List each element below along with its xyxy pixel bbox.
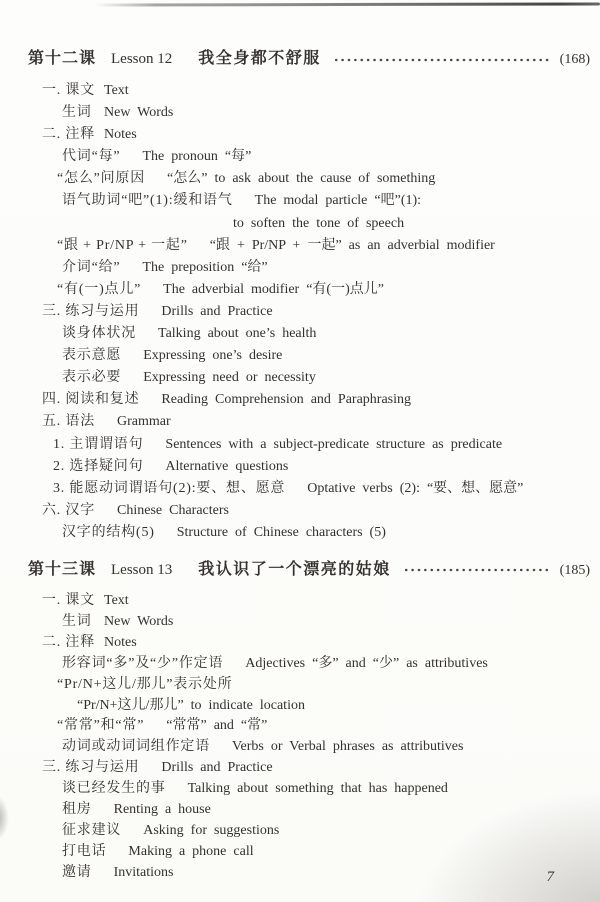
toc-line-english: Optative verbs (2): “要、想、愿意” xyxy=(307,481,523,496)
toc-line-chinese: 动词或动词词组作定语 xyxy=(62,739,210,754)
toc-line-english: to soften the tone of speech xyxy=(233,216,404,231)
lesson-heading: 第十二课 Lesson 12 我全身都不舒服 (168) xyxy=(0,46,600,73)
toc-line: 生词New Words xyxy=(0,612,600,633)
toc-line-english: The preposition “给” xyxy=(142,260,267,275)
toc-page: 第十二课 Lesson 12 我全身都不舒服 (168) 一. 课文Text生词… xyxy=(0,0,600,902)
toc-line-english: The modal particle “吧”(1): xyxy=(255,193,421,208)
toc-line-english: Alternative questions xyxy=(165,459,288,474)
toc-line-english: Drills and Practice xyxy=(161,304,272,319)
toc-line-chinese: 征求建议 xyxy=(62,823,121,838)
toc-line-chinese: 邀请 xyxy=(62,865,92,880)
toc-line-english: Text xyxy=(104,593,129,608)
toc-line-chinese: 汉字的结构(5) xyxy=(62,525,155,540)
toc-line: “常常”和“常”“常常” and “常” xyxy=(0,716,600,737)
toc-line: 代词“每”The pronoun “每” xyxy=(0,146,600,168)
toc-line: 四. 阅读和复述Reading Comprehension and Paraph… xyxy=(0,389,600,411)
toc-line: 3. 能愿动词谓语句(2):要、想、愿意Optative verbs (2): … xyxy=(0,478,600,500)
lesson-number-en: Lesson 13 xyxy=(111,557,172,583)
toc-line-chinese: 一. 课文 xyxy=(42,80,104,102)
toc-line-english: Sentences with a subject-predicate struc… xyxy=(165,437,502,452)
toc-line-chinese: 代词“每” xyxy=(62,149,120,164)
toc-line-chinese: 生词 xyxy=(62,102,104,124)
toc-line-english: Making a phone call xyxy=(128,844,253,859)
lesson-number-en: Lesson 12 xyxy=(111,46,172,72)
toc-line: 1. 主谓谓语句Sentences with a subject-predica… xyxy=(0,434,600,456)
toc-line: 三. 练习与运用Drills and Practice xyxy=(0,301,600,323)
lesson-title-zh: 我认识了一个漂亮的姑娘 xyxy=(198,557,391,583)
toc-line: 2. 选择疑问句Alternative questions xyxy=(0,456,600,478)
toc-line-chinese: 谈已经发生的事 xyxy=(62,781,166,796)
lesson-items: 一. 课文Text生词New Words二. 注释Notes代词“每”The p… xyxy=(0,80,600,544)
toc-line: “Pr/N+这儿/那儿”表示处所 xyxy=(0,675,600,696)
toc-line: 汉字的结构(5)Structure of Chinese characters … xyxy=(0,522,600,544)
toc-line-english: Text xyxy=(104,83,129,98)
toc-line-chinese: 表示必要 xyxy=(62,370,121,385)
toc-line-english: Drills and Practice xyxy=(161,760,272,775)
toc-line-english: Grammar xyxy=(117,414,171,429)
toc-line-chinese: “跟 + Pr/NP + 一起” xyxy=(57,238,188,253)
scan-edge-artifact xyxy=(95,2,600,6)
toc-line: 二. 注释Notes xyxy=(0,633,600,654)
toc-line-english: New Words xyxy=(104,105,173,120)
toc-line: 六. 汉字Chinese Characters xyxy=(0,500,600,522)
toc-line-english: The pronoun “每” xyxy=(142,149,251,164)
toc-line: 介词“给”The preposition “给” xyxy=(0,257,600,279)
toc-line-english: Renting a house xyxy=(114,802,211,817)
toc-line-chinese: “Pr/N+这儿/那儿”表示处所 xyxy=(57,677,232,692)
toc-line-english: Chinese Characters xyxy=(117,503,229,518)
page-reference: (185) xyxy=(560,558,590,584)
toc-line-english: Talking about one’s health xyxy=(158,326,316,341)
toc-line-english: Expressing one’s desire xyxy=(143,348,282,363)
toc-line-chinese: 形容词“多”及“少”作定语 xyxy=(62,656,223,671)
toc-line-chinese: 租房 xyxy=(62,802,92,817)
page-reference: (168) xyxy=(560,47,590,73)
toc-line-chinese: “有(一)点儿” xyxy=(57,282,141,297)
toc-line-chinese: 五. 语法 xyxy=(42,414,95,429)
toc-line-chinese: 表示意愿 xyxy=(62,348,121,363)
toc-line-english: Verbs or Verbal phrases as attributives xyxy=(232,739,463,754)
toc-line: 五. 语法Grammar xyxy=(0,411,600,433)
toc-line-chinese: 六. 汉字 xyxy=(42,503,95,518)
toc-line-chinese: 语气助词“吧”(1):缓和语气 xyxy=(62,193,233,208)
toc-line-chinese: 二. 注释 xyxy=(42,124,104,146)
toc-line-english: The adverbial modifier “有(一)点儿” xyxy=(163,282,384,297)
toc-line-chinese: 打电话 xyxy=(62,844,106,859)
toc-line-english: Structure of Chinese characters (5) xyxy=(177,525,386,540)
toc-line-chinese: 介词“给” xyxy=(62,260,120,275)
toc-line-chinese: 三. 练习与运用 xyxy=(42,304,139,319)
toc-line-chinese: 三. 练习与运用 xyxy=(42,760,139,775)
toc-line: 表示必要Expressing need or necessity xyxy=(0,367,600,389)
toc-line-chinese: 一. 课文 xyxy=(42,591,104,612)
toc-line-chinese: “怎么”问原因 xyxy=(57,171,145,186)
toc-line-chinese: “常常”和“常” xyxy=(57,718,144,733)
toc-line: “怎么”问原因“怎么” to ask about the cause of so… xyxy=(0,168,600,190)
lesson-heading: 第十三课 Lesson 13 我认识了一个漂亮的姑娘 (185) xyxy=(0,557,600,584)
toc-line: 一. 课文Text xyxy=(0,591,600,612)
toc-line: 一. 课文Text xyxy=(0,80,600,102)
toc-line: 语气助词“吧”(1):缓和语气The modal particle “吧”(1)… xyxy=(0,190,600,212)
lesson-12-section: 第十二课 Lesson 12 我全身都不舒服 (168) 一. 课文Text生词… xyxy=(0,46,600,544)
toc-line-chinese: 1. 主谓谓语句 xyxy=(53,437,143,452)
toc-line-english: New Words xyxy=(104,614,173,629)
toc-line-chinese: 2. 选择疑问句 xyxy=(53,459,143,474)
toc-line: “跟 + Pr/NP + 一起”“跟 + Pr/NP + 一起” as an a… xyxy=(0,235,600,257)
toc-line: “有(一)点儿”The adverbial modifier “有(一)点儿” xyxy=(0,279,600,301)
toc-line-english: Notes xyxy=(104,635,137,650)
toc-line-english: “跟 + Pr/NP + 一起” as an adverbial modifie… xyxy=(210,238,495,253)
toc-line-chinese: 生词 xyxy=(62,612,104,633)
lesson-number-zh: 第十二课 xyxy=(28,46,96,72)
toc-line-chinese: 谈身体状况 xyxy=(62,326,136,341)
lesson-title-zh: 我全身都不舒服 xyxy=(198,46,321,72)
toc-line-english: “怎么” to ask about the cause of something xyxy=(167,171,435,186)
toc-line-english: Expressing need or necessity xyxy=(143,370,316,385)
toc-line: “Pr/N+这儿/那儿” to indicate location xyxy=(0,696,600,717)
page-number: 7 xyxy=(547,869,555,886)
toc-line-english: Invitations xyxy=(114,865,174,880)
toc-line: 动词或动词词组作定语Verbs or Verbal phrases as att… xyxy=(0,737,600,758)
scan-smudge-artifact xyxy=(0,795,9,841)
toc-line-english: Reading Comprehension and Paraphrasing xyxy=(161,392,411,407)
toc-line-chinese: 四. 阅读和复述 xyxy=(42,392,139,407)
toc-line: 形容词“多”及“少”作定语Adjectives “多” and “少” as a… xyxy=(0,654,600,675)
dot-leader xyxy=(403,568,552,572)
toc-line-english: Adjectives “多” and “少” as attributives xyxy=(245,656,488,671)
toc-line: 生词New Words xyxy=(0,102,600,124)
dot-leader xyxy=(333,58,552,62)
toc-line: 二. 注释Notes xyxy=(0,124,600,146)
toc-line-chinese: 二. 注释 xyxy=(42,633,104,654)
toc-line-english: “常常” and “常” xyxy=(166,718,267,733)
scan-corner-shade xyxy=(390,772,600,902)
toc-line-chinese: 3. 能愿动词谓语句(2):要、想、愿意 xyxy=(53,481,285,496)
toc-line-english: “Pr/N+这儿/那儿” to indicate location xyxy=(77,698,305,713)
lesson-number-zh: 第十三课 xyxy=(28,557,96,583)
toc-line-english: Asking for suggestions xyxy=(143,823,279,838)
toc-line: 谈身体状况Talking about one’s health xyxy=(0,323,600,345)
toc-line: to soften the tone of speech xyxy=(0,213,600,235)
toc-line-english: Notes xyxy=(104,127,137,142)
toc-line: 表示意愿Expressing one’s desire xyxy=(0,345,600,367)
